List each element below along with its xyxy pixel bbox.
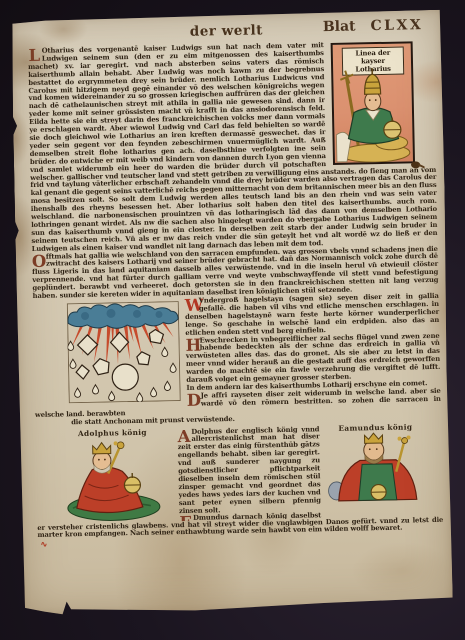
king-adolphus-woodcut: Adolphus könig xyxy=(35,427,177,524)
paragraph-adolphus: ADolphus der englisch könig vnnd allercr… xyxy=(177,426,321,516)
kings-text-column: ADolphus der englisch könig vnnd allercr… xyxy=(175,424,325,521)
comet-hailstorm-woodcut xyxy=(67,301,181,403)
initial-L: L xyxy=(28,48,41,63)
running-title: der werlt xyxy=(159,22,293,41)
folio-number: BlatCLXX xyxy=(323,17,424,35)
folio-label: Blat xyxy=(323,18,356,35)
king-eamundus-icon xyxy=(323,431,428,505)
king-adolphus-icon xyxy=(57,436,169,522)
king-eamundus-woodcut: Eamundus könig xyxy=(323,421,443,517)
initial-H: H xyxy=(185,337,198,352)
initial-D: D xyxy=(187,393,200,408)
folio-roman-numeral: CLXX xyxy=(370,17,423,34)
kings-row: Adolphus könig xyxy=(35,421,443,523)
photo-backdrop: der werlt BlatCLXX Linea der kayser Loth… xyxy=(0,0,465,640)
banner-line1: Linea der kayser xyxy=(343,49,403,66)
initial-A: A xyxy=(177,428,190,443)
initial-W: W xyxy=(185,298,198,313)
manuscript-page: der werlt BlatCLXX Linea der kayser Loth… xyxy=(11,10,453,617)
initial-O: O xyxy=(32,253,45,268)
lotharius-portrait-woodcut: Linea der kayser Lotharius xyxy=(331,41,415,165)
text-block: Linea der kayser Lotharius xyxy=(28,40,444,549)
emperor-figure-icon xyxy=(333,67,413,163)
hailstorm-icon xyxy=(67,301,181,403)
